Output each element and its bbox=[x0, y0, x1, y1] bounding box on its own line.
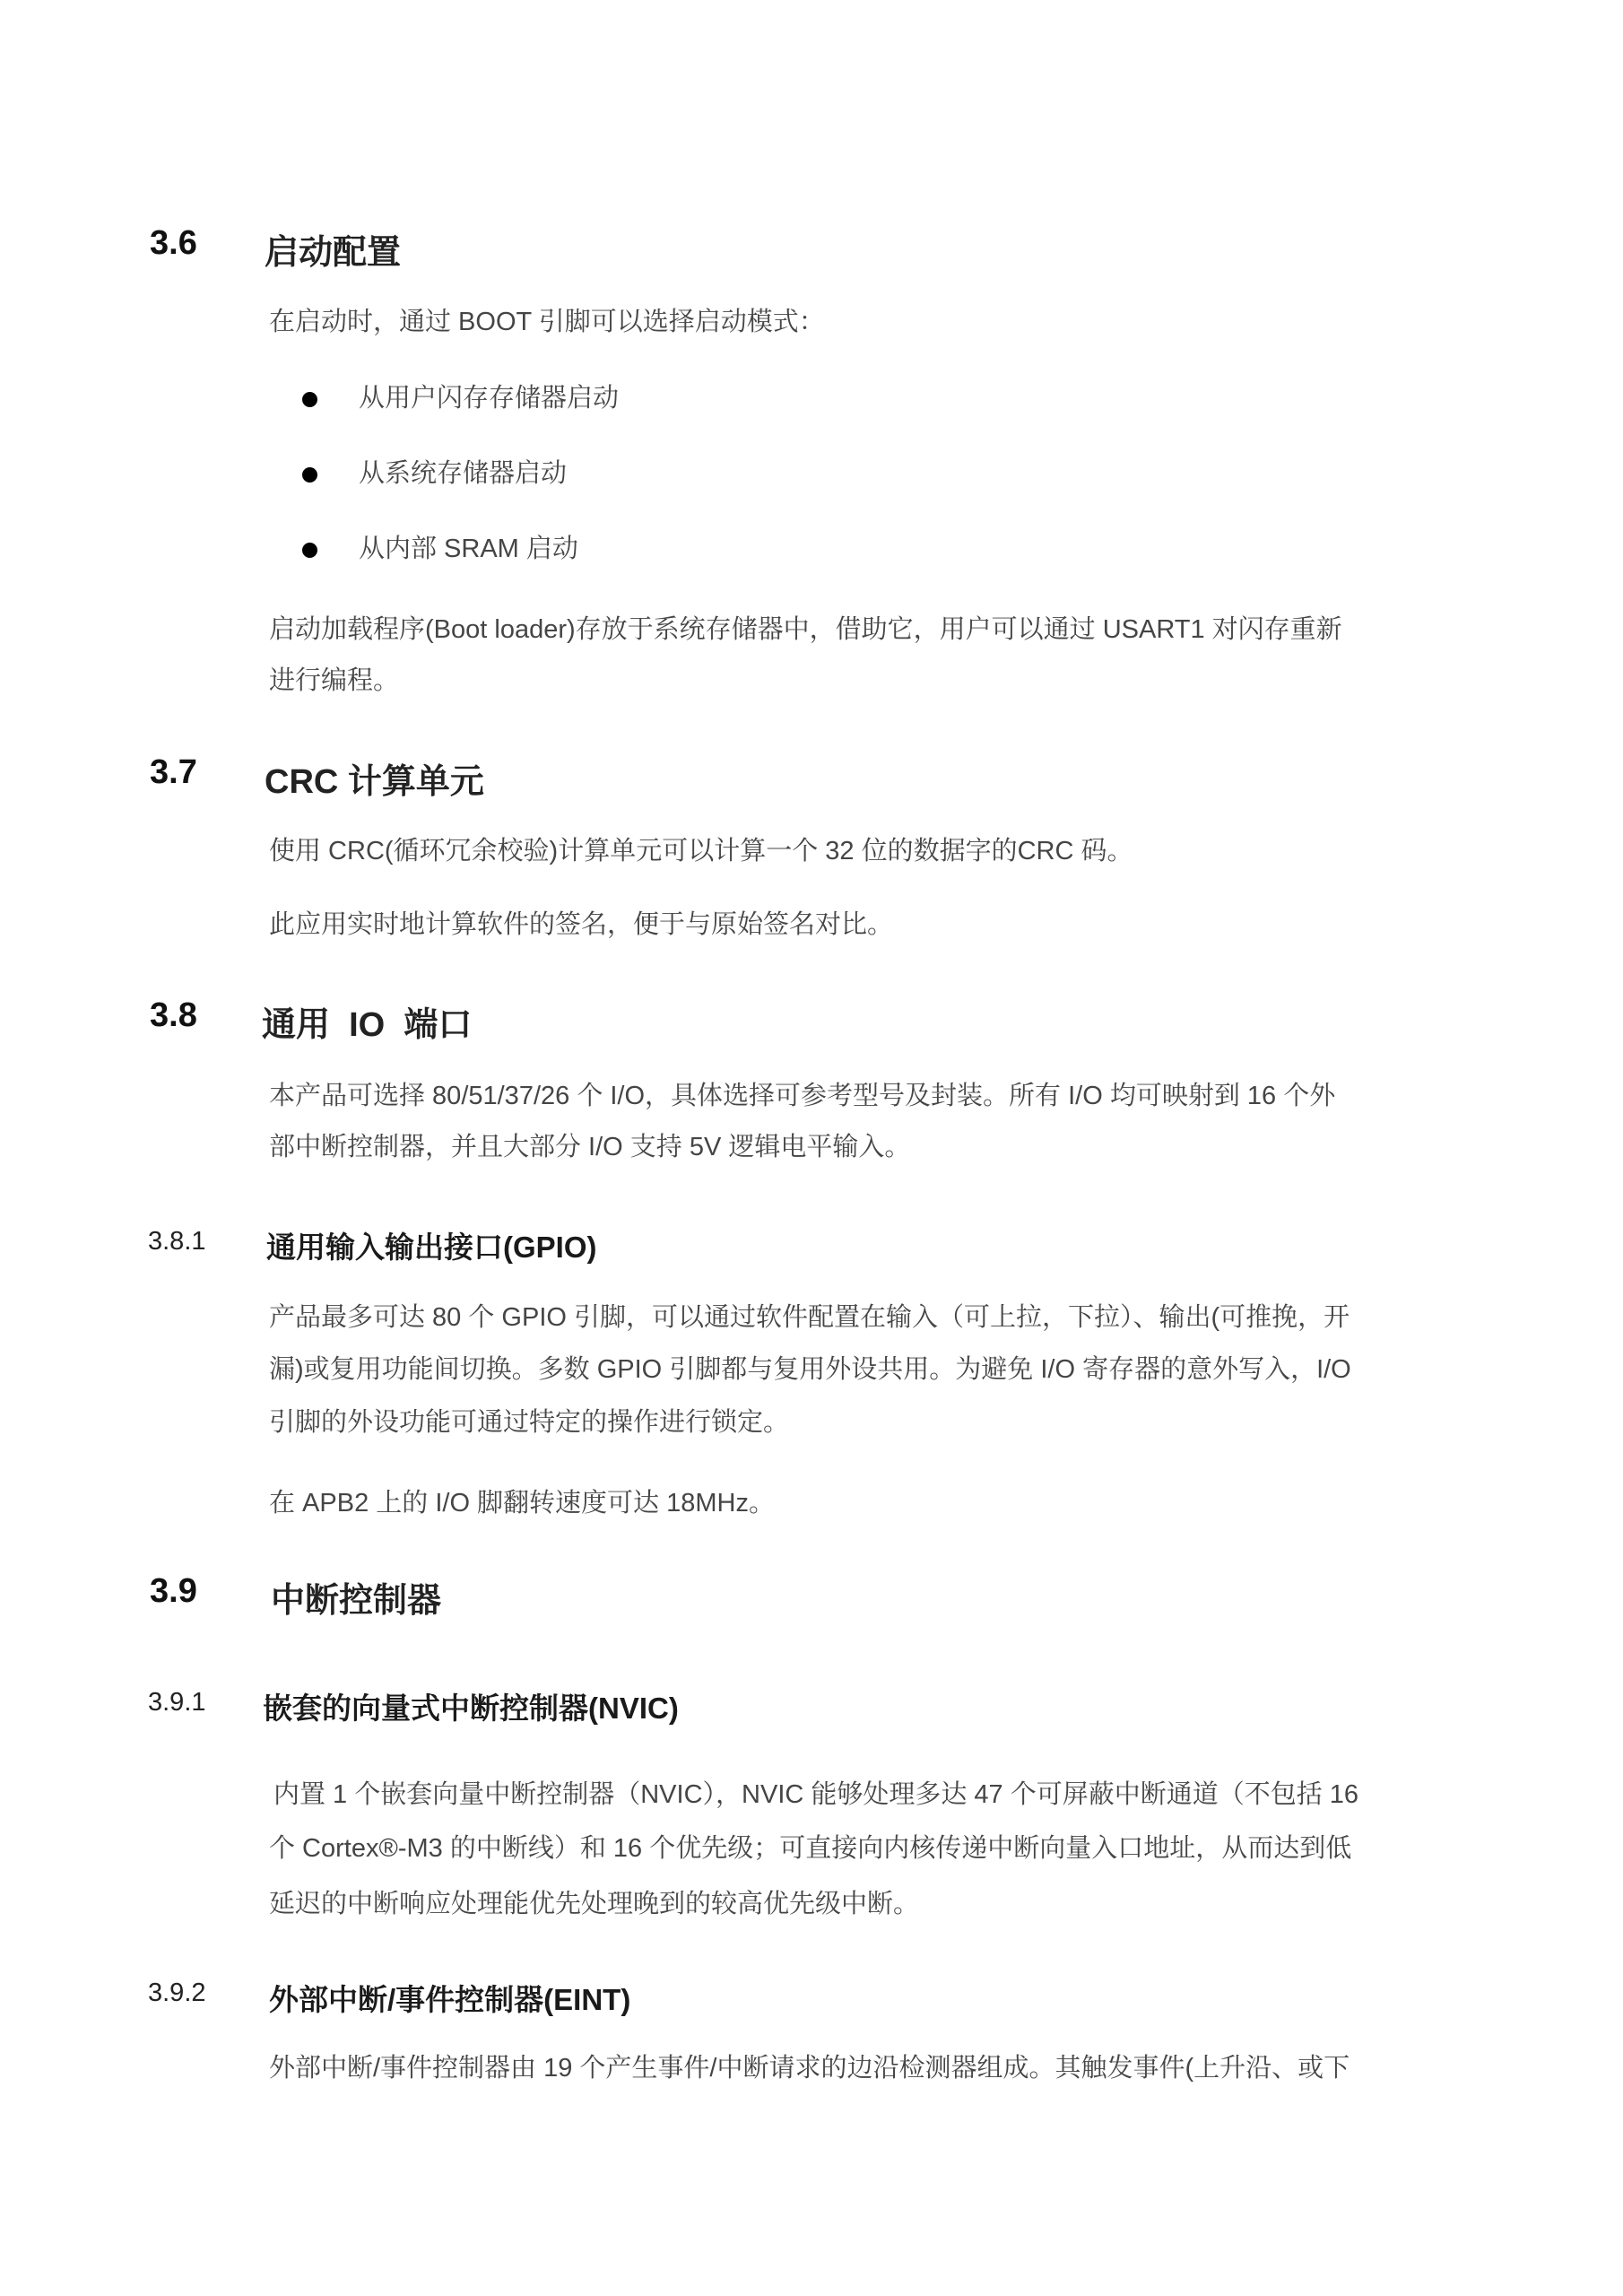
section-title: 中断控制器 bbox=[271, 1572, 441, 1622]
paragraph-line: 产品最多可达 80 个 GPIO 引脚，可以通过软件配置在输入（可上拉，下拉）、… bbox=[269, 1305, 1350, 1331]
paragraph-line: 个 Cortex®-M3 的中断线）和 16 个优先级；可直接向内核传递中断向量… bbox=[269, 1836, 1351, 1862]
paragraph-line: 进行编程。 bbox=[269, 668, 399, 694]
paragraph-line: 本产品可选择 80/51/37/26 个 I/O，具体选择可参考型号及封装。所有… bbox=[269, 1083, 1335, 1109]
subsection-number: 3.9.1 bbox=[148, 1688, 206, 1718]
paragraph-line: 启动加载程序(Boot loader)存放于系统存储器中，借助它，用户可以通过 … bbox=[269, 617, 1342, 643]
paragraph-line: 延迟的中断响应处理能优先处理晚到的较高优先级中断。 bbox=[269, 1892, 919, 1918]
section-number: 3.8 bbox=[150, 996, 197, 1035]
subsection-title: 嵌套的向量式中断控制器(NVIC) bbox=[263, 1685, 679, 1727]
paragraph: 在 APB2 上的 I/O 脚翻转速度可达 18MHz。 bbox=[269, 1491, 775, 1517]
subsection-number: 3.9.2 bbox=[148, 1979, 206, 2008]
paragraph: 此应用实时地计算软件的签名，便于与原始签名对比。 bbox=[269, 912, 893, 938]
paragraph-line: 引脚的外设功能可通过特定的操作进行锁定。 bbox=[269, 1410, 789, 1436]
section-number: 3.9 bbox=[150, 1572, 197, 1611]
section-title: CRC 计算单元 bbox=[265, 753, 484, 803]
list-item: 从内部 SRAM 启动 bbox=[359, 536, 578, 562]
list-item: 从用户闪存存储器启动 bbox=[359, 386, 619, 412]
section-number: 3.6 bbox=[150, 224, 197, 263]
subsection-title: 通用输入输出接口(GPIO) bbox=[266, 1224, 597, 1266]
paragraph-line: 部中断控制器，并且大部分 I/O 支持 5V 逻辑电平输入。 bbox=[269, 1135, 910, 1161]
paragraph-line: 漏)或复用功能间切换。多数 GPIO 引脚都与复用外设共用。为避免 I/O 寄存… bbox=[269, 1357, 1351, 1383]
paragraph: 使用 CRC(循环冗余校验)计算单元可以计算一个 32 位的数据字的CRC 码。 bbox=[269, 839, 1133, 865]
paragraph-line: 外部中断/事件控制器由 19 个产生事件/中断请求的边沿检测器组成。其触发事件(… bbox=[269, 2056, 1350, 2082]
list-item: 从系统存储器启动 bbox=[359, 461, 567, 487]
paragraph-line: 内置 1 个嵌套向量中断控制器（NVIC），NVIC 能够处理多达 47 个可屏… bbox=[273, 1782, 1358, 1808]
section-number: 3.7 bbox=[150, 753, 197, 792]
subsection-title: 外部中断/事件控制器(EINT) bbox=[269, 1977, 630, 2019]
paragraph: 在启动时，通过 BOOT 引脚可以选择启动模式： bbox=[269, 309, 825, 335]
bullet-icon bbox=[302, 543, 317, 558]
bullet-icon bbox=[302, 392, 317, 407]
bullet-icon bbox=[302, 467, 317, 483]
subsection-number: 3.8.1 bbox=[148, 1227, 206, 1257]
section-title: 启动配置 bbox=[265, 224, 401, 274]
section-title: 通用 IO 端口 bbox=[262, 996, 472, 1046]
